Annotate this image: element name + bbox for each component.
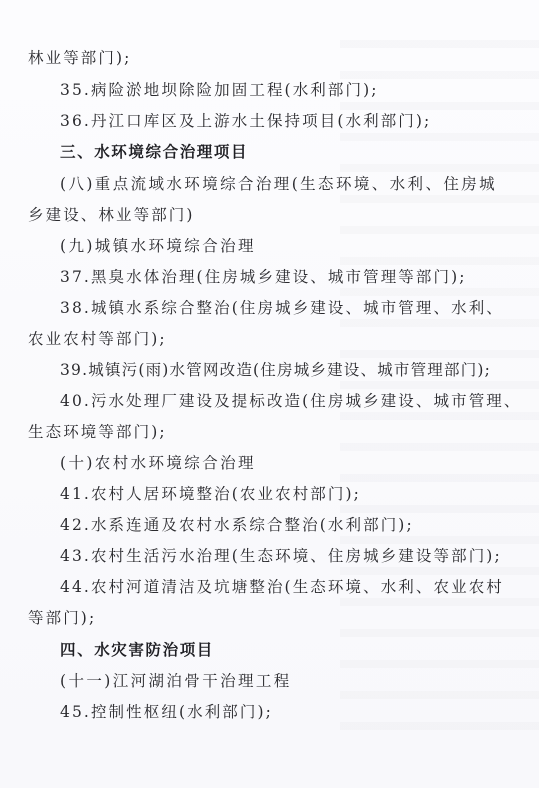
continuation-line: 等部门);	[28, 608, 96, 628]
list-item-41: 41.农村人居环境整治(农业农村部门);	[60, 484, 361, 504]
continuation-line: 林业等部门);	[28, 48, 131, 68]
show-through-texture	[340, 40, 539, 740]
list-item-36: 36.丹江口库区及上游水土保持项目(水利部门);	[60, 111, 431, 131]
continuation-line: 农业农村等部门);	[28, 329, 167, 349]
section-heading-3: 三、水环境综合治理项目	[60, 142, 248, 162]
document-page: 林业等部门); 35.病险淤地坝除险加固工程(水利部门); 36.丹江口库区及上…	[0, 0, 539, 788]
list-item-42: 42.水系连通及农村水系综合整治(水利部门);	[60, 515, 414, 535]
list-item-37: 37.黑臭水体治理(住房城乡建设、城市管理等部门);	[60, 267, 467, 287]
subsection-9: (九)城镇水环境综合治理	[60, 236, 256, 256]
list-item-38: 38.城镇水系综合整治(住房城乡建设、城市管理、水利、	[60, 298, 504, 318]
section-heading-4: 四、水灾害防治项目	[60, 640, 214, 660]
continuation-line: 生态环境等部门);	[28, 422, 167, 442]
subsection-8: (八)重点流域水环境综合治理(生态环境、水利、住房城	[60, 174, 497, 194]
continuation-line: 乡建设、林业等部门)	[28, 205, 195, 225]
subsection-11: (十一)江河湖泊骨干治理工程	[60, 671, 292, 691]
list-item-35: 35.病险淤地坝除险加固工程(水利部门);	[60, 80, 379, 100]
subsection-10: (十)农村水环境综合治理	[60, 453, 256, 473]
list-item-44: 44.农村河道清洁及坑塘整治(生态环境、水利、农业农村	[60, 577, 504, 597]
list-item-40: 40.污水处理厂建设及提标改造(住房城乡建设、城市管理、	[60, 391, 522, 411]
list-item-45: 45.控制性枢纽(水利部门);	[60, 702, 273, 722]
list-item-43: 43.农村生活污水治理(生态环境、住房城乡建设等部门);	[60, 546, 502, 566]
list-item-39: 39.城镇污(雨)水管网改造(住房城乡建设、城市管理部门);	[60, 360, 491, 380]
